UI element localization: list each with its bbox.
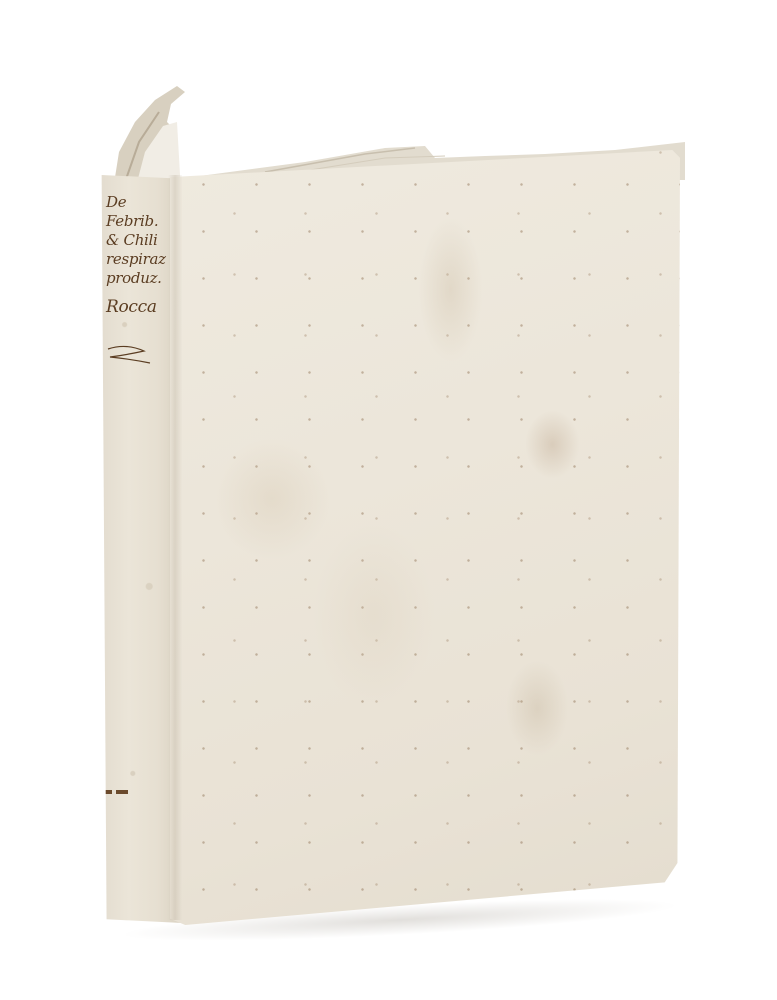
spine-flourish [106, 343, 156, 365]
front-cover [170, 150, 680, 925]
spine-hinge [168, 175, 182, 920]
spine-title-line: produz. [106, 269, 176, 288]
book-photo: De Febrib. & Chili respiraz produz. Rocc… [0, 0, 777, 1000]
cover-stains [170, 150, 680, 925]
spine-manuscript-title: De Febrib. & Chili respiraz produz. Rocc… [106, 193, 176, 317]
spine-title-line: Febrib. [106, 212, 176, 231]
spine-title-line: respiraz [106, 250, 176, 269]
spine-title-line: & Chili [106, 231, 176, 250]
spine-title-line: De [106, 193, 176, 212]
spine-ink-mark [104, 789, 132, 795]
spine-title-line: Rocca [106, 298, 176, 317]
